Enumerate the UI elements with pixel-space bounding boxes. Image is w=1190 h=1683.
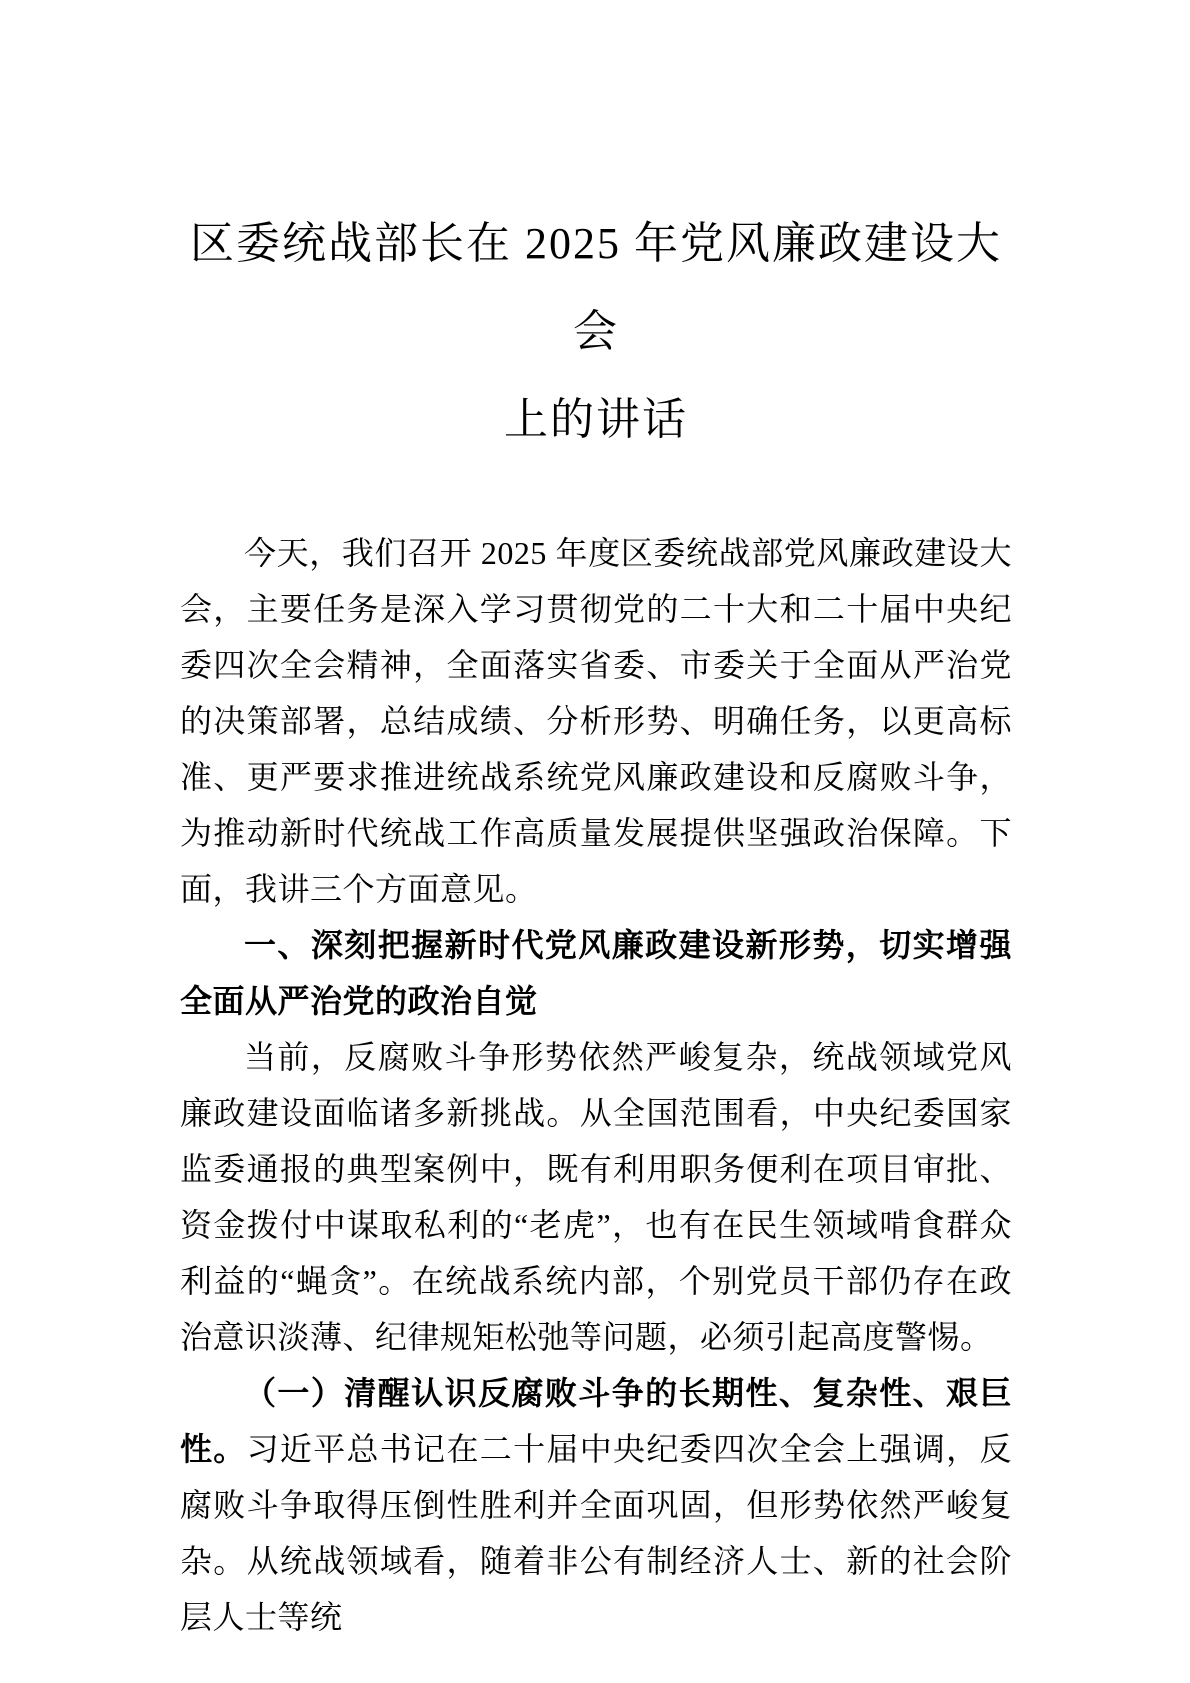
document-title-line-2: 上的讲话 [180, 376, 1012, 464]
paragraph-subsection-1: （一）清醒认识反腐败斗争的长期性、复杂性、艰巨性。习近平总书记在二十届中央纪委四… [180, 1365, 1012, 1645]
document-title: 区委统战部长在 2025 年党风廉政建设大会 上的讲话 [180, 200, 1012, 464]
document-body: 今天，我们召开 2025 年度区委统战部党风廉政建设大会，主要任务是深入学习贯彻… [180, 525, 1012, 1645]
paragraph-current-situation: 当前，反腐败斗争形势依然严峻复杂，统战领域党风廉政建设面临诸多新挑战。从全国范围… [180, 1029, 1012, 1365]
document-page: 区委统战部长在 2025 年党风廉政建设大会 上的讲话 今天，我们召开 2025… [0, 0, 1190, 1683]
paragraph-opening: 今天，我们召开 2025 年度区委统战部党风廉政建设大会，主要任务是深入学习贯彻… [180, 525, 1012, 917]
document-title-line-1: 区委统战部长在 2025 年党风廉政建设大会 [180, 200, 1012, 376]
subsection-1-body-text: 习近平总书记在二十届中央纪委四次全会上强调，反腐败斗争取得压倒性胜利并全面巩固，… [180, 1431, 1012, 1635]
section-heading-1: 一、深刻把握新时代党风廉政建设新形势，切实增强全面从严治党的政治自觉 [180, 917, 1012, 1029]
